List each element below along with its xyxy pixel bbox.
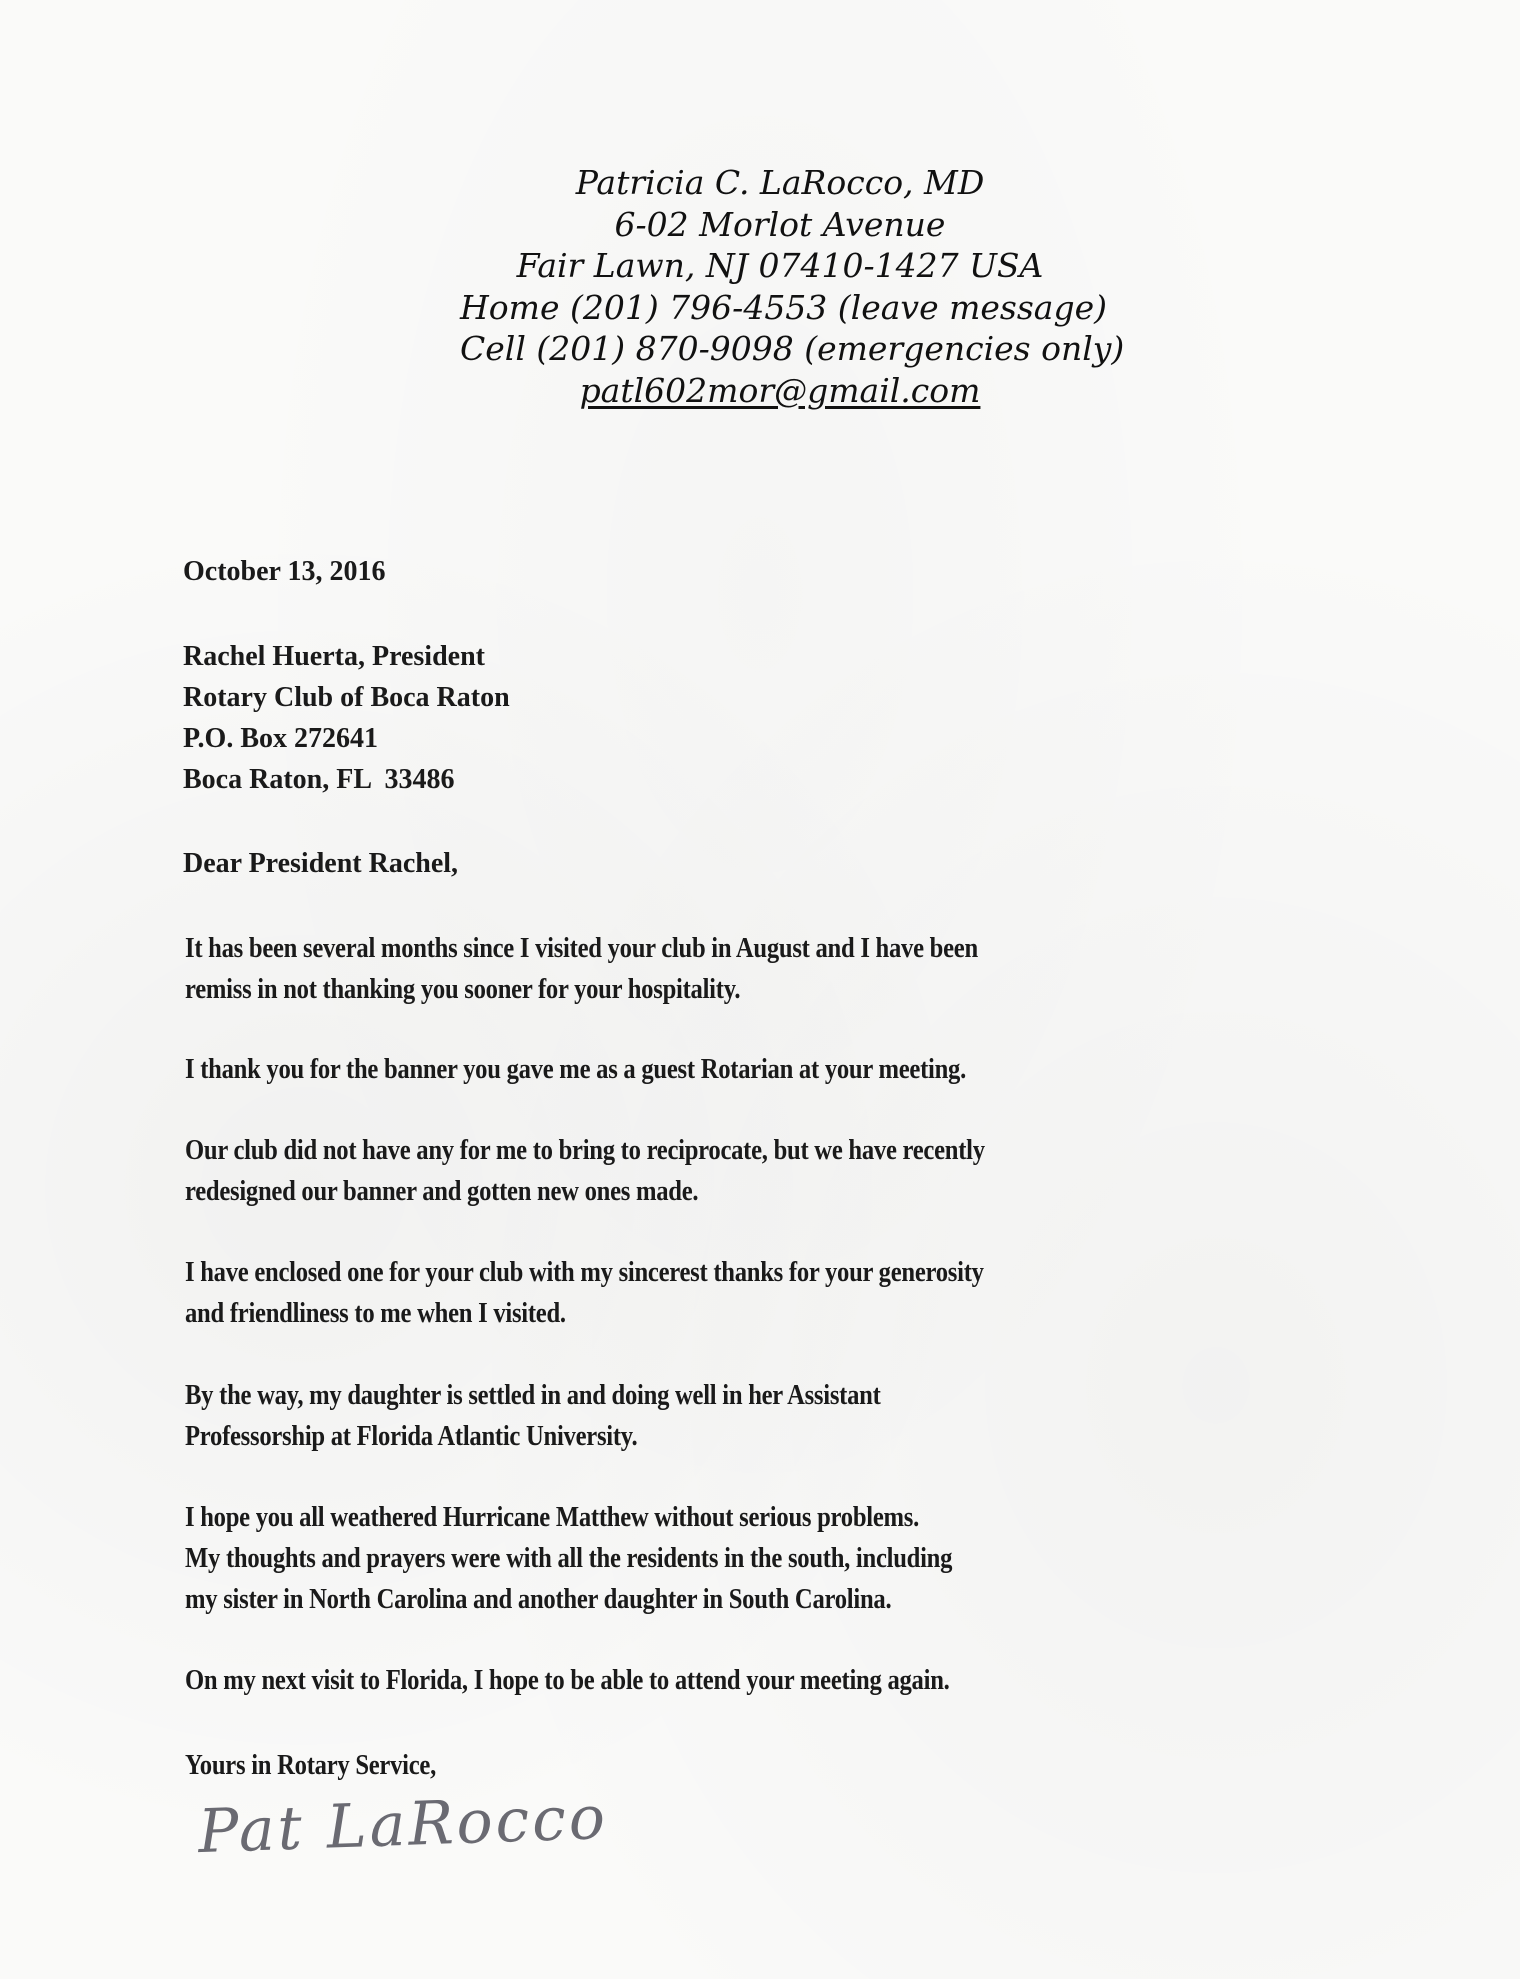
body-line: Our club did not have any for me to brin… xyxy=(185,1130,985,1171)
body-line: My thoughts and prayers were with all th… xyxy=(185,1538,952,1579)
sender-cell-phone: Cell (201) 870-9098 (emergencies only) xyxy=(460,328,1100,370)
closing: Yours in Rotary Service, xyxy=(185,1745,436,1786)
salutation: Dear President Rachel, xyxy=(183,848,458,880)
body-paragraph: I have enclosed one for your club with m… xyxy=(185,1252,984,1334)
body-line: By the way, my daughter is settled in an… xyxy=(185,1375,881,1416)
body-line: redesigned our banner and gotten new one… xyxy=(185,1171,985,1212)
letterhead: Patricia C. LaRocco, MD 6-02 Morlot Aven… xyxy=(460,162,1100,411)
body-line: I thank you for the banner you gave me a… xyxy=(185,1049,966,1090)
recipient-po-box: P.O. Box 272641 xyxy=(183,718,510,759)
sender-street: 6-02 Morlot Avenue xyxy=(460,204,1100,246)
recipient-name: Rachel Huerta, President xyxy=(183,636,510,677)
body-line: It has been several months since I visit… xyxy=(185,928,978,969)
body-paragraph: It has been several months since I visit… xyxy=(185,928,978,1010)
body-line: On my next visit to Florida, I hope to b… xyxy=(185,1660,950,1701)
closing-line: Yours in Rotary Service, xyxy=(185,1745,436,1786)
letter-date: October 13, 2016 xyxy=(183,556,385,588)
body-paragraph: On my next visit to Florida, I hope to b… xyxy=(185,1660,950,1701)
recipient-city: Boca Raton, FL 33486 xyxy=(183,759,510,800)
sender-email: patl602mor@gmail.com xyxy=(460,370,1100,412)
body-line: and friendliness to me when I visited. xyxy=(185,1293,984,1334)
body-paragraph: I hope you all weathered Hurricane Matth… xyxy=(185,1497,952,1620)
recipient-organization: Rotary Club of Boca Raton xyxy=(183,677,510,718)
body-line: Professorship at Florida Atlantic Univer… xyxy=(185,1416,881,1457)
body-paragraph: I thank you for the banner you gave me a… xyxy=(185,1049,966,1090)
recipient-address: Rachel Huerta, President Rotary Club of … xyxy=(183,636,510,800)
body-paragraph: Our club did not have any for me to brin… xyxy=(185,1130,985,1212)
letter-page: Patricia C. LaRocco, MD 6-02 Morlot Aven… xyxy=(0,0,1520,1979)
body-line: I hope you all weathered Hurricane Matth… xyxy=(185,1497,952,1538)
body-paragraph: By the way, my daughter is settled in an… xyxy=(185,1375,881,1457)
sender-name: Patricia C. LaRocco, MD xyxy=(460,162,1100,204)
sender-home-phone: Home (201) 796-4553 (leave message) xyxy=(460,287,1100,329)
handwritten-signature: Pat LaRocco xyxy=(197,1783,609,1867)
sender-city: Fair Lawn, NJ 07410-1427 USA xyxy=(460,245,1100,287)
body-line: I have enclosed one for your club with m… xyxy=(185,1252,984,1293)
body-line: remiss in not thanking you sooner for yo… xyxy=(185,969,978,1010)
body-line: my sister in North Carolina and another … xyxy=(185,1579,952,1620)
